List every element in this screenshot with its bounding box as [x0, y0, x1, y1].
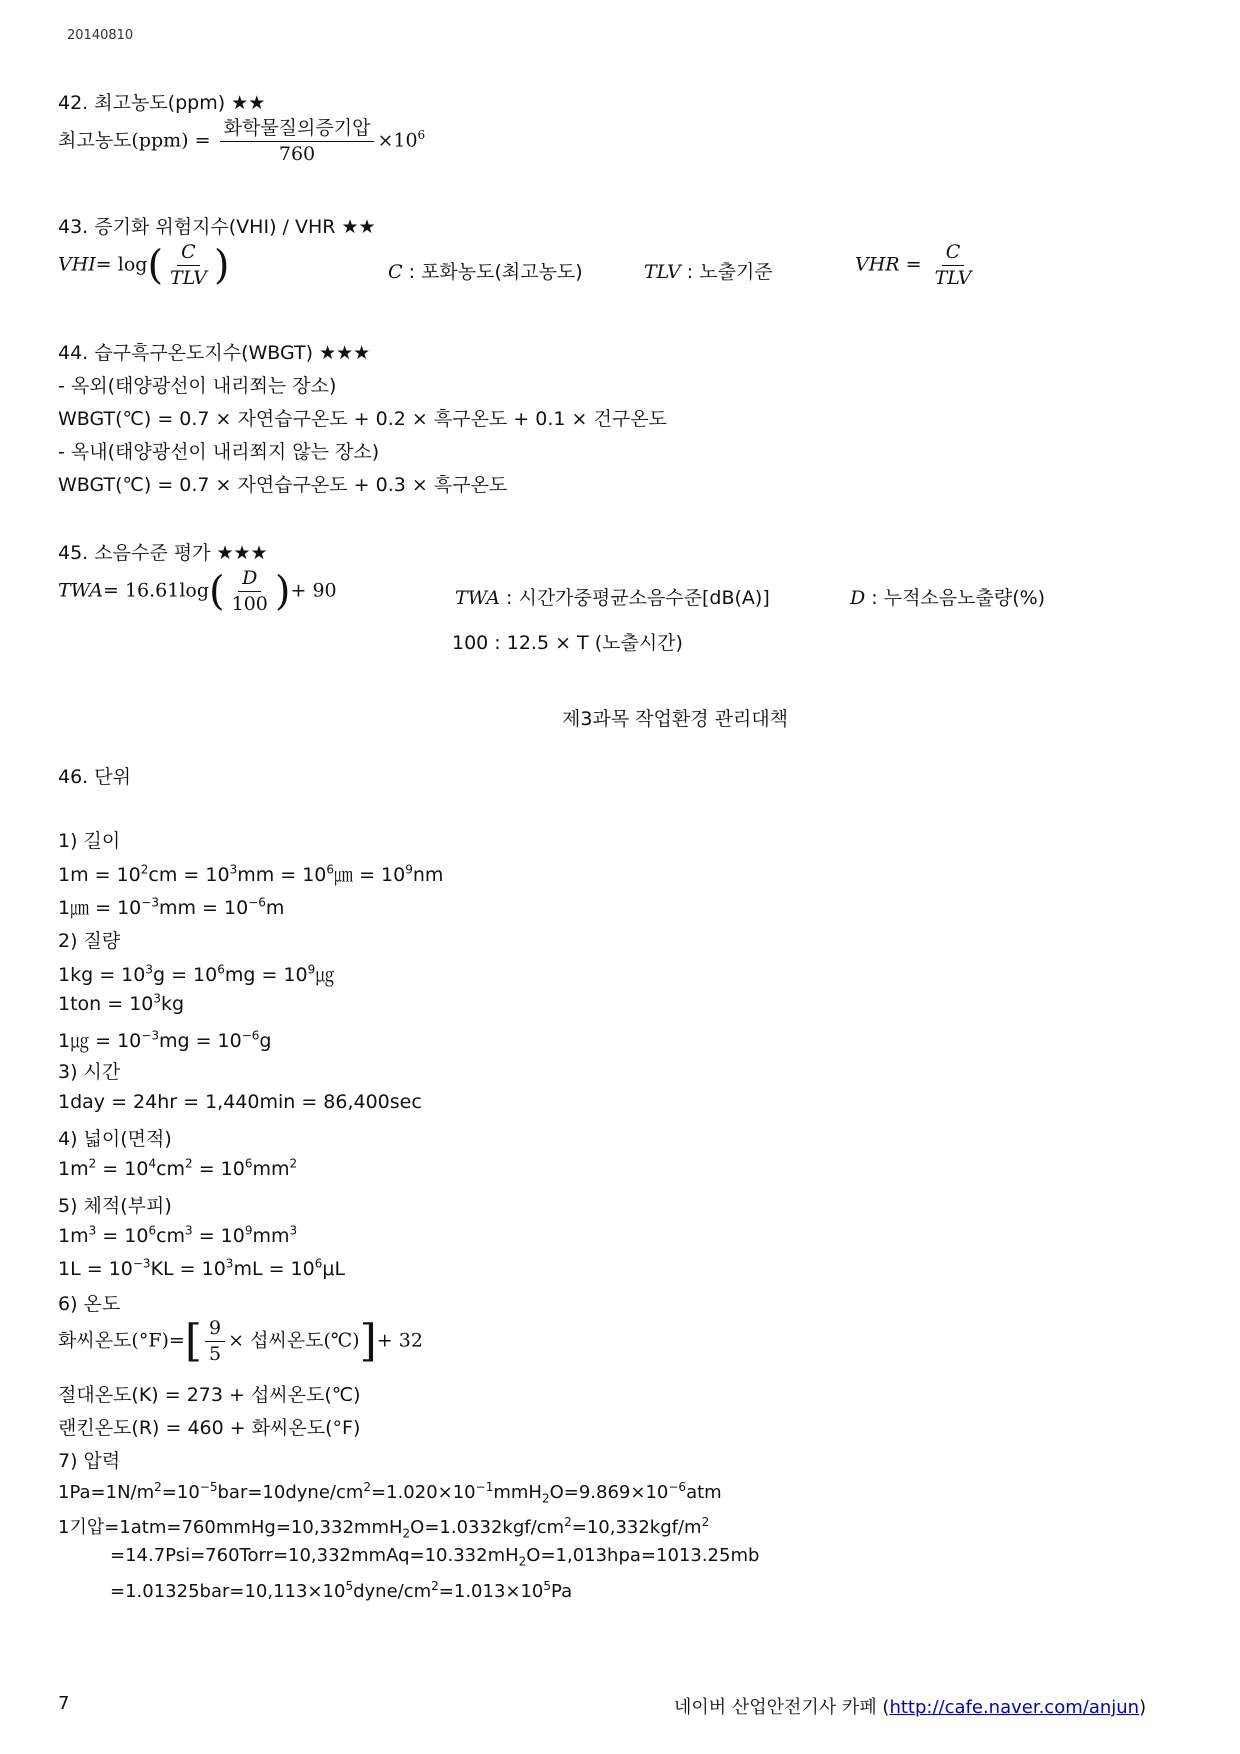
section-46-title: 46. 단위: [58, 762, 131, 789]
wbgt-indoor-label: - 옥내(태양광선이 내리쬐지 않는 장소): [58, 437, 379, 464]
temperature-label: 6) 온도: [58, 1289, 120, 1316]
kelvin-formula: 절대온도(K) = 273 + 섭씨온도(℃): [58, 1380, 361, 1407]
chapter-title: 제3과목 작업환경 관리대책: [55, 704, 1240, 731]
volume-line-1: 1m3 = 106cm3 = 109mm3: [58, 1225, 297, 1247]
definition-tlv: TLV : 노출기준: [644, 257, 773, 284]
area-label: 4) 넓이(면적): [58, 1124, 172, 1151]
pressure-line-4: =1.01325bar=10,113×105dyne/cm2=1.013×105…: [110, 1581, 572, 1602]
formula-fahrenheit: 화씨온도(°F)=[95× 섭씨온도(℃)]+ 32: [58, 1318, 423, 1365]
section-42-title: 42. 최고농도(ppm) ★★: [58, 88, 265, 115]
formula-max-concentration: 최고농도(ppm) = 화학물질의증기압 760 ×106: [58, 118, 425, 165]
time-label: 3) 시간: [58, 1057, 120, 1084]
definition-c: C : 포화농도(최고농도): [388, 257, 583, 284]
volume-label: 5) 체적(부피): [58, 1191, 172, 1218]
length-line-1: 1m = 102cm = 103mm = 106㎛ = 109nm: [58, 860, 443, 887]
volume-line-2: 1L = 10−3KL = 103mL = 106μL: [58, 1258, 345, 1280]
formula-twa: TWA= 16.61log(D100)+ 90: [58, 568, 337, 615]
definition-twa: TWA : 시간가중평균소음수준[dB(A)]: [455, 583, 770, 610]
rankine-formula: 랜킨온도(R) = 460 + 화씨온도(°F): [58, 1413, 360, 1440]
pressure-line-1: 1Pa=1N/m2=10−5bar=10dyne/cm2=1.020×10−1m…: [58, 1482, 722, 1503]
pressure-line-3: =14.7Psi=760Torr=10,332mmAq=10.332mH2O=1…: [110, 1545, 759, 1566]
length-line-2: 1㎛ = 10−3mm = 10−6m: [58, 893, 284, 920]
mass-label: 2) 질량: [58, 926, 120, 953]
wbgt-outdoor-label: - 옥외(태양광선이 내리쬐는 장소): [58, 371, 336, 398]
formula-vhi: VHI= log(CTLV): [58, 242, 229, 289]
mass-line-1: 1kg = 103g = 106mg = 109㎍: [58, 960, 334, 987]
section-43-title: 43. 증기화 위험지수(VHI) / VHR ★★: [58, 212, 376, 239]
page-number: 7: [58, 1693, 69, 1714]
footer-cafe: 네이버 산업안전기사 카페 (http://cafe.naver.com/anj…: [674, 1693, 1146, 1719]
length-label: 1) 길이: [58, 826, 120, 853]
noise-ratio: 100 : 12.5 × T (노출시간): [452, 628, 683, 655]
mass-line-3: 1㎍ = 10−3mg = 10−6g: [58, 1026, 271, 1053]
time-line-1: 1day = 24hr = 1,440min = 86,400sec: [58, 1091, 422, 1113]
wbgt-indoor-formula: WBGT(℃) = 0.7 × 자연습구온도 + 0.3 × 흑구온도: [58, 470, 507, 497]
fraction: 화학물질의증기압 760: [220, 118, 375, 165]
cafe-link[interactable]: http://cafe.naver.com/anjun: [889, 1697, 1139, 1718]
area-line-1: 1m2 = 104cm2 = 106mm2: [58, 1158, 297, 1180]
header-date: 20140810: [67, 28, 133, 43]
wbgt-outdoor-formula: WBGT(℃) = 0.7 × 자연습구온도 + 0.2 × 흑구온도 + 0.…: [58, 404, 667, 431]
section-44-title: 44. 습구흑구온도지수(WBGT) ★★★: [58, 338, 370, 365]
definition-d: D : 누적소음노출량(%): [850, 583, 1045, 610]
pressure-label: 7) 압력: [58, 1446, 120, 1473]
mass-line-2: 1ton = 103kg: [58, 993, 184, 1015]
pressure-line-2: 1기압=1atm=760mmHg=10,332mmH2O=1.0332kgf/c…: [58, 1513, 709, 1539]
section-45-title: 45. 소음수준 평가 ★★★: [58, 538, 268, 565]
formula-lhs: 최고농도(ppm) =: [58, 129, 211, 151]
formula-vhr: VHR = CTLV: [855, 242, 978, 289]
